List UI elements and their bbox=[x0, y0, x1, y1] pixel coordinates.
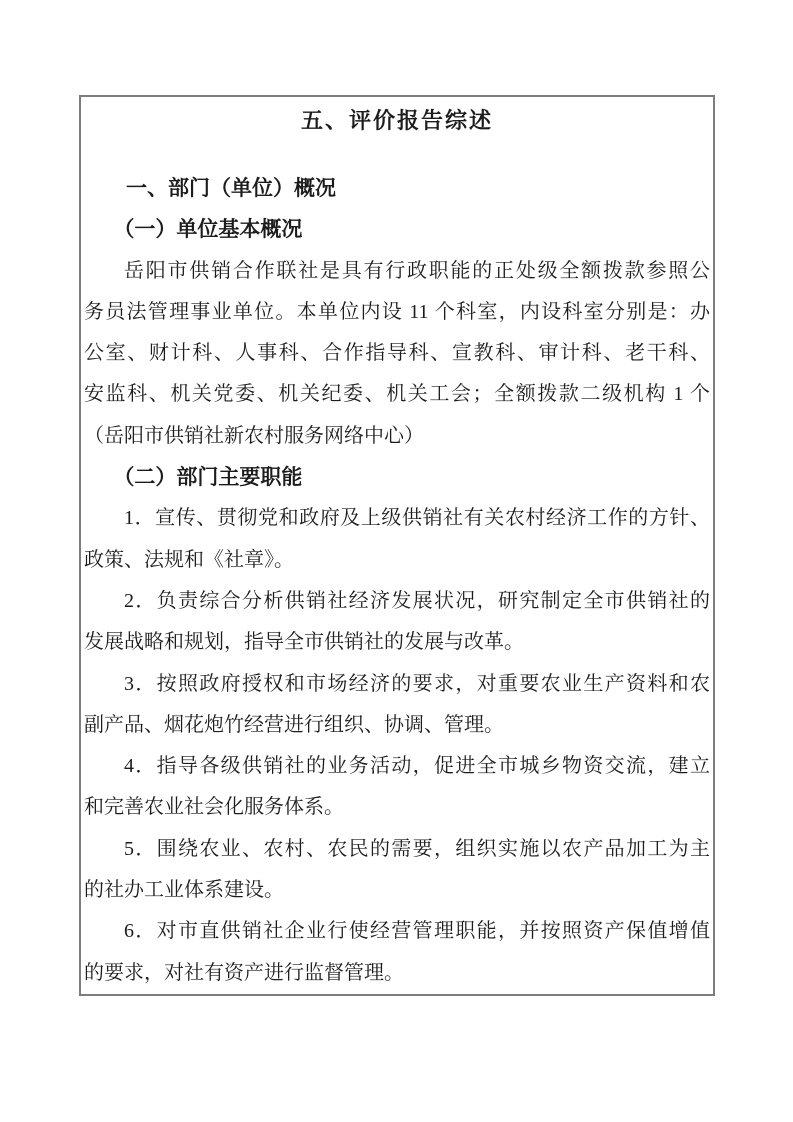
paragraph-line: 公室、财计科、人事科、合作指导科、宣教科、审计科、老干科、 bbox=[84, 333, 710, 374]
subsection-heading: （一）单位基本概况 bbox=[84, 209, 710, 250]
list-item-line: 的社办工业体系建设。 bbox=[84, 870, 710, 911]
list-item-line: 副产品、烟花炮竹经营进行组织、协调、管理。 bbox=[84, 705, 710, 746]
list-item-line: 2．负责综合分析供销社经济发展状况，研究制定全市供销社的 bbox=[84, 581, 710, 622]
list-item-line: 3．按照政府授权和市场经济的要求，对重要农业生产资料和农 bbox=[84, 664, 710, 705]
list-item-line: 6．对市直供销社企业行使经营管理职能，并按照资产保值增值 bbox=[84, 911, 710, 952]
list-item-line: 的要求，对社有资产进行监督管理。 bbox=[84, 953, 710, 994]
document-border-box: 五、评价报告综述 一、部门（单位）概况 （一）单位基本概况 岳阳市供销合作联社是… bbox=[79, 95, 715, 996]
document-body: 一、部门（单位）概况 （一）单位基本概况 岳阳市供销合作联社是具有行政职能的正处… bbox=[84, 168, 710, 994]
list-item-line: 政策、法规和《社章》。 bbox=[84, 540, 710, 581]
paragraph-line: 务员法管理事业单位。本单位内设 11 个科室，内设科室分别是：办 bbox=[84, 292, 710, 333]
list-item-line: 1．宣传、贯彻党和政府及上级供销社有关农村经济工作的方针、 bbox=[84, 498, 710, 539]
list-item-line: 5．围绕农业、农村、农民的需要，组织实施以农产品加工为主 bbox=[84, 829, 710, 870]
section-heading: 一、部门（单位）概况 bbox=[84, 168, 710, 209]
list-item-line: 发展战略和规划，指导全市供销社的发展与改革。 bbox=[84, 622, 710, 663]
list-item-line: 4．指导各级供销社的业务活动，促进全市城乡物资交流，建立 bbox=[84, 746, 710, 787]
paragraph-line: （岳阳市供销社新农村服务网络中心） bbox=[84, 416, 710, 457]
subsection-heading: （二）部门主要职能 bbox=[84, 457, 710, 498]
paragraph-line: 安监科、机关党委、机关纪委、机关工会；全额拨款二级机构 1 个 bbox=[84, 374, 710, 415]
document-title: 五、评价报告综述 bbox=[81, 106, 713, 135]
document-page: 五、评价报告综述 一、部门（单位）概况 （一）单位基本概况 岳阳市供销合作联社是… bbox=[0, 0, 793, 1122]
list-item-line: 和完善农业社会化服务体系。 bbox=[84, 787, 710, 828]
paragraph-line: 岳阳市供销合作联社是具有行政职能的正处级全额拨款参照公 bbox=[84, 251, 710, 292]
